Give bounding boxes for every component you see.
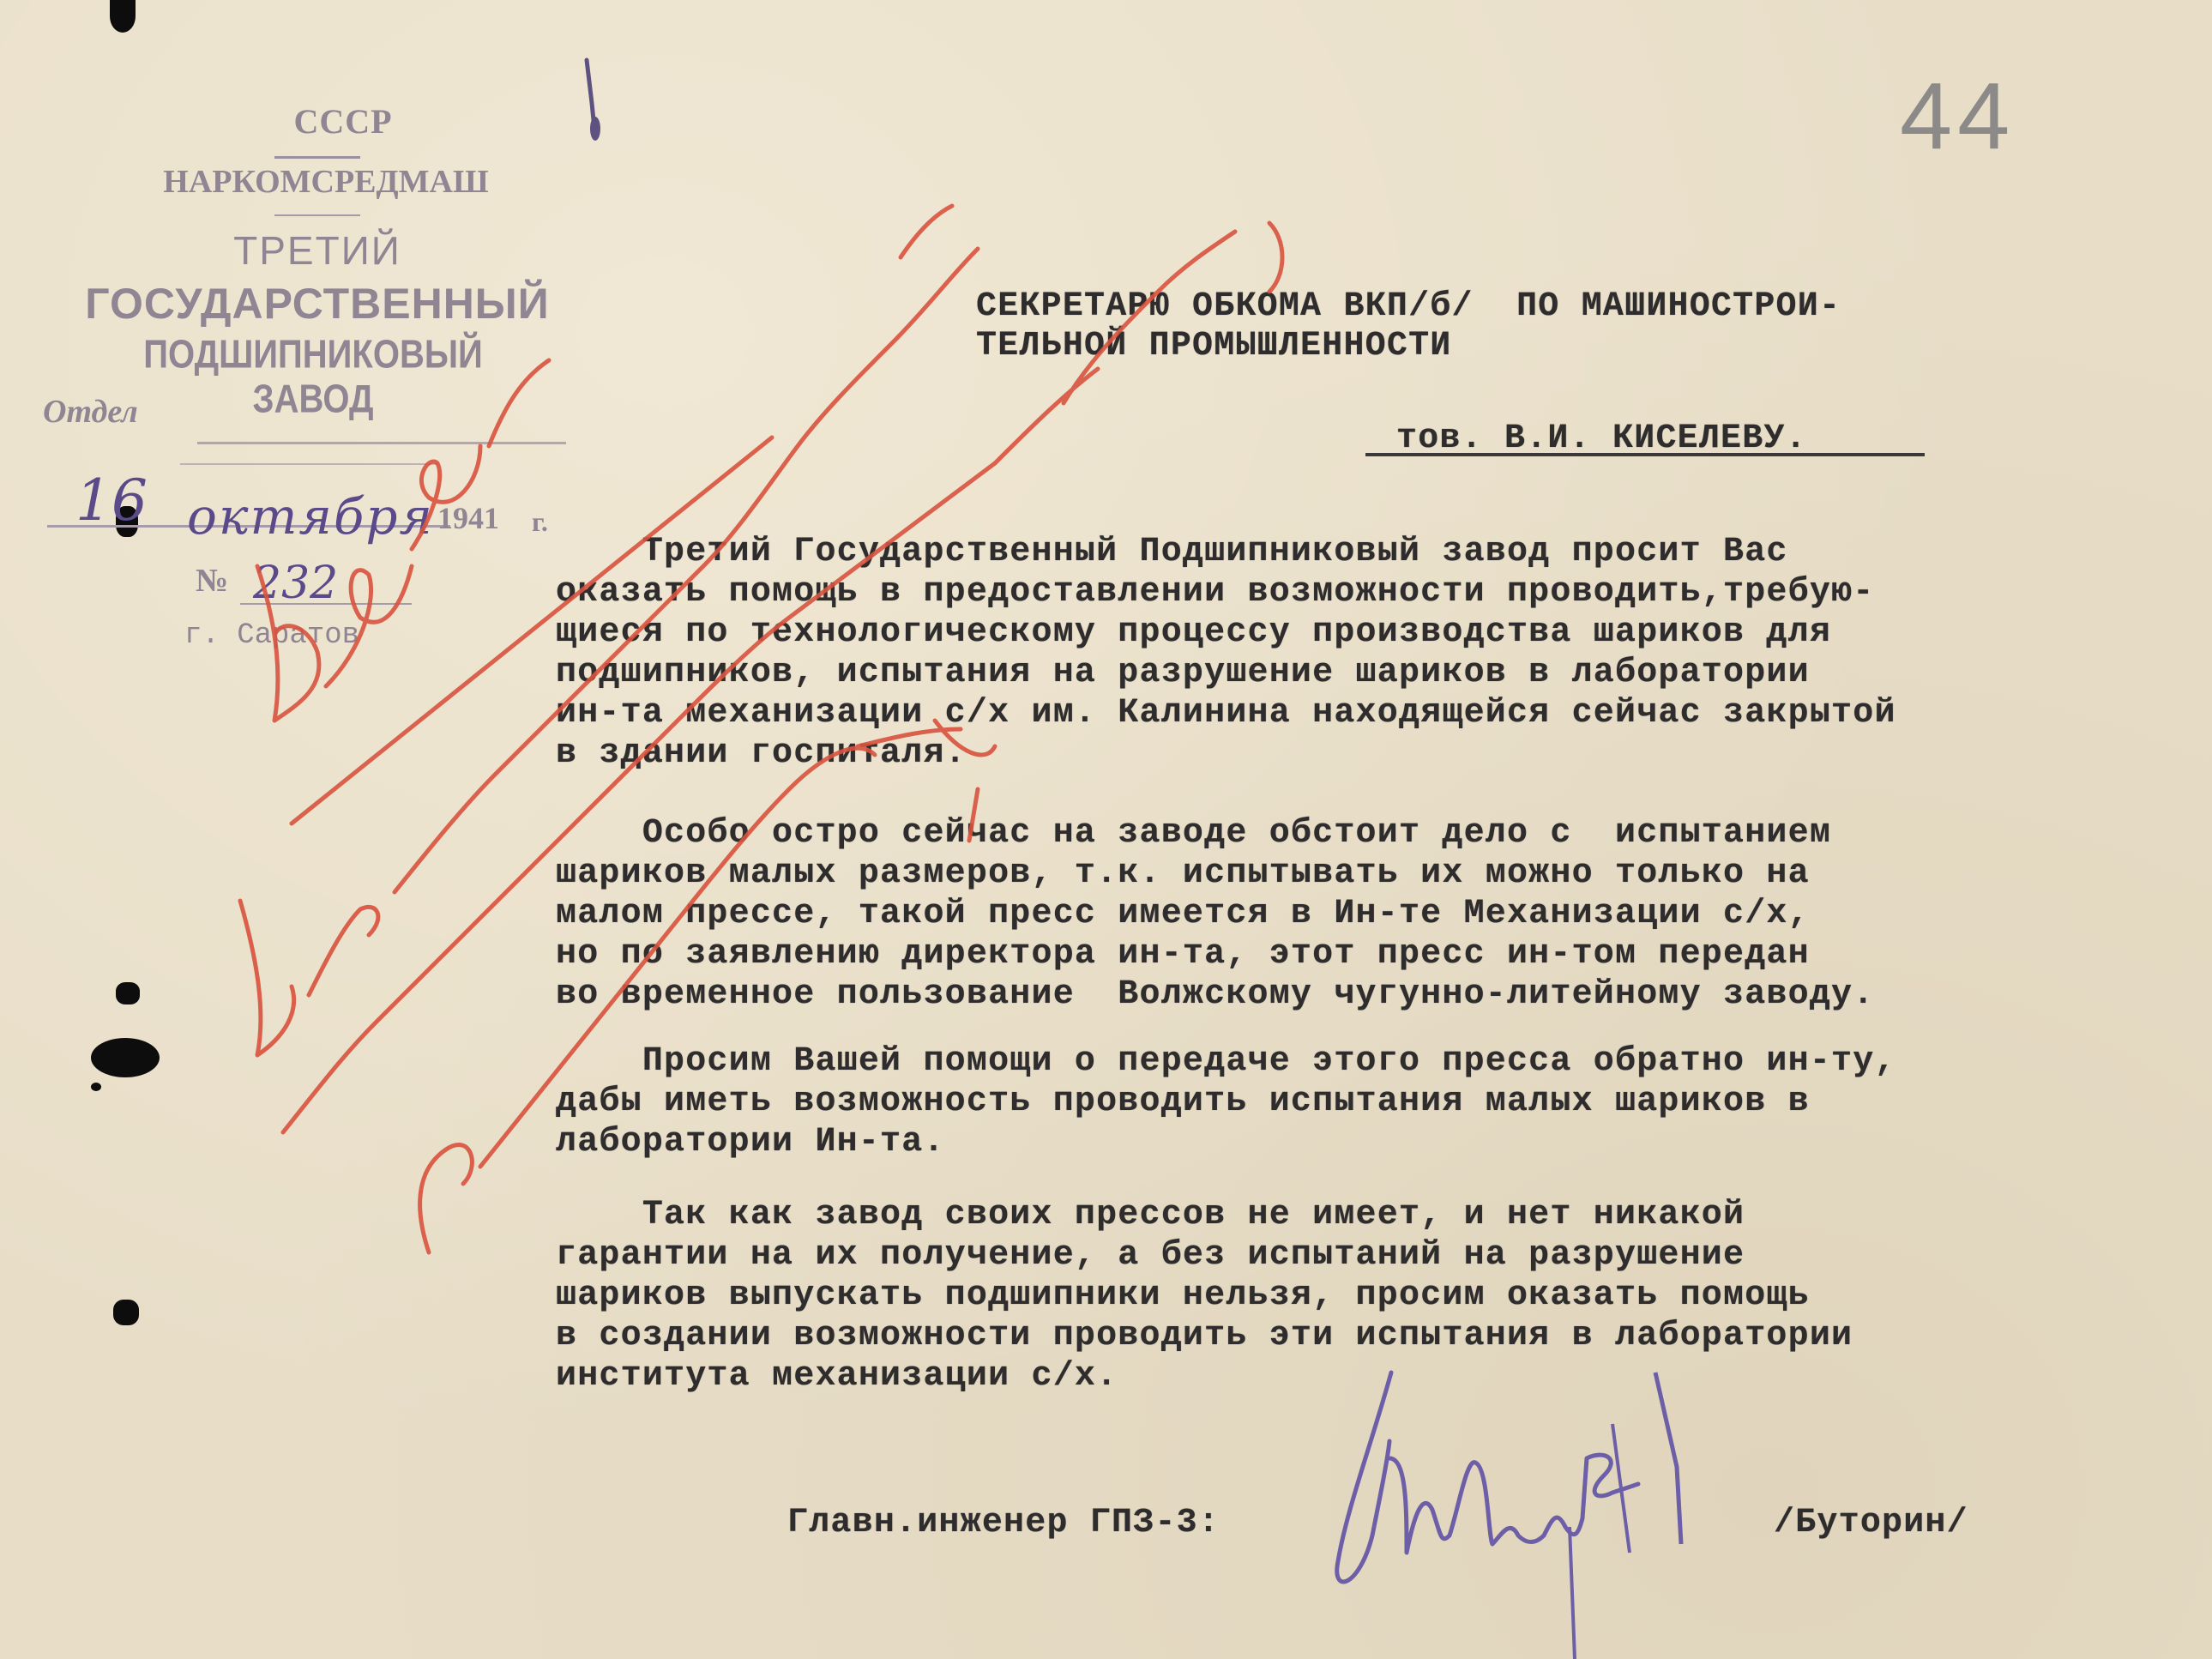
signatory-title: Главн.инженер ГПЗ-3: [787,1503,1220,1544]
body-line: подшипников, испытания на разрушение шар… [556,653,1810,694]
stamp-divider [274,156,360,159]
handwritten-number: 232 [253,558,338,609]
body-line: Просим Вашей помощи о передаче этого пре… [556,1041,1896,1083]
punch-hole-large [91,1038,160,1077]
punch-hole-top [110,0,136,33]
stamp-org-line1: ТРЕТИЙ [219,227,416,274]
archival-document-page: 44 СССР НАРКОМСРЕДМАШ ТРЕТИЙ ГОСУДАРСТВЕ… [0,0,2212,1659]
body-line: ин-та механизации с/х им. Калинина наход… [556,693,1896,734]
signatory-name: /Буторин/ [1774,1503,1968,1544]
recipient-underline [1365,453,1925,456]
body-line: Третий Государственный Подшипниковый зав… [556,532,1788,573]
body-line: во временное пользование Волжскому чугун… [556,974,1874,1016]
stamp-number-label: № [196,562,247,600]
stamp-year: 1941 [437,500,515,536]
stamp-divider [274,214,360,216]
body-line: в создании возможности проводить эти исп… [556,1316,1853,1357]
body-line: лаборатории Ин-та. [556,1122,945,1163]
stamp-org-line2: ГОСУДАРСТВЕННЫЙ [64,279,570,329]
body-line: малом прессе, такой пресс имеется в Ин-т… [556,894,1810,935]
body-line: но по заявлению директора ин-та, этот пр… [556,934,1810,975]
body-line: щиеся по технологическому процессу произ… [556,612,1831,654]
addressee-line2: ТЕЛЬНОЙ ПРОМЫШЛЕННОСТИ [976,326,1452,367]
punch-hole-mid-small [116,982,140,1004]
body-line: в здании госпиталя. [556,733,967,775]
body-line: оказать помощь в предоставлении возможно… [556,572,1874,613]
stamp-department-label: Отдел [43,393,197,431]
stamp-country: СССР [266,101,420,142]
stamp-blank-line [180,463,437,465]
stamp-city: г. Саратов [184,619,442,652]
body-line: Особо остро сейчас на заводе обстоит дел… [556,813,1831,854]
handwritten-day: 16 [75,468,148,534]
stamp-year-suffix: г. [532,506,558,538]
punch-hole-bottom [113,1300,139,1325]
handwritten-month: октября [187,487,434,546]
body-line: гарантии на их получение, а без испытани… [556,1235,1745,1276]
body-line: Так как завод своих прессов не имеет, и … [556,1195,1745,1236]
body-line: шариков малых размеров, т.к. испытывать … [556,854,1810,895]
punch-hole-dot [91,1083,101,1091]
body-line: института механизации с/х. [556,1356,1118,1397]
page-number: 44 [1900,62,2015,171]
stamp-ministry: НАРКОМСРЕДМАШ [129,163,523,201]
body-line: дабы иметь возможность проводить испытан… [556,1082,1810,1123]
body-line: шариков выпускать подшипники нельзя, про… [556,1276,1810,1317]
addressee-line1: СЕКРЕТАРЮ ОБКОМА ВКП/б/ ПО МАШИНОСТРОИ- [976,287,1841,328]
stamp-department-line [197,442,566,444]
